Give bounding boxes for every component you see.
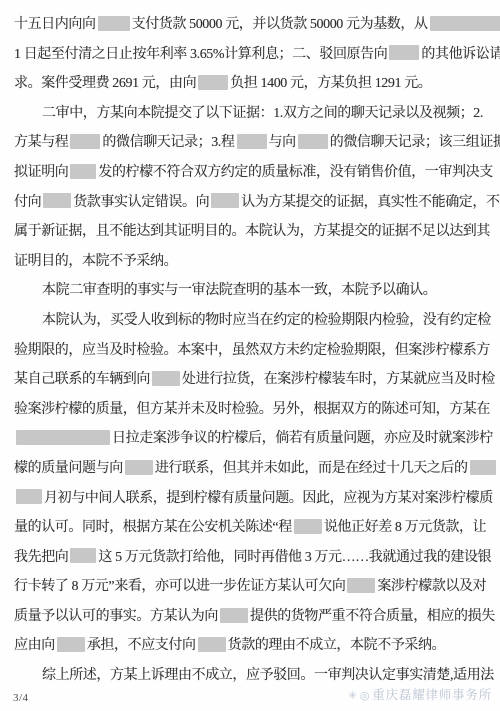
text-line: 量的认可。同时，根据方某在公安机关陈述“程说他正好差 8 万元货款，让 [14,513,487,543]
redaction-box [70,164,96,179]
redaction-box [70,134,100,149]
watermark-badge-icon: ✳ [348,689,358,702]
text-run: 案涉柠檬款以及对 [377,579,486,594]
text-line: 十五日内向向支付货款 50000 元，并以货款 50000 元为基数，从 [14,10,487,40]
redaction-box [389,45,419,60]
text-run: 行卡转了 8 万元”来看，亦可以进一步佐证方某认可欠向 [14,579,345,594]
redaction-box [430,16,500,31]
text-run: 支付货款 50000 元，并以货款 50000 元为基数，从 [132,17,428,32]
text-run: 拟证明向 [14,165,68,180]
text-run: 1 日起至付清之日止按年利率 3.65%计算利息；二、驳回原告向 [14,47,387,62]
text-run: 求。案件受理费 2691 元，由向 [14,76,196,91]
text-run: 十五日内向向 [14,17,96,32]
redaction-box [152,371,180,386]
text-run: 属于新证据，且不能达到其证明目的。本院认为，方某提交的证据不足以达到其 [14,224,490,239]
text-line: 质量予以认可的事实。方某认为向提供的货物严重不符合质量，相应的损失 [14,602,487,632]
text-run: 说他正好差 8 万元货款，让 [324,520,486,535]
redaction-box [43,193,71,208]
text-run: 验期限的，应当及时检验。本案中，虽然双方未约定检验期限，但案涉柠檬系方 [14,343,490,358]
text-line: 二审中，方某向本院提交了以下证据：1.双方之间的聊天记录以及视频；2. [14,99,487,129]
text-run: 本院认为，买受人收到标的物时应当在约定的检验期限内检验，没有约定检 [42,313,491,328]
text-run: 我先把向 [14,550,68,565]
text-run: 处进行拉货，在案涉柠檬装车时，方某就应当及时检 [182,372,495,387]
text-run: 提供的货物严重不符合质量，相应的损失 [250,609,495,624]
law-firm-watermark: ✳◎重庆磊耀律师事务所 [348,685,492,703]
redaction-box [294,519,322,534]
text-run: 综上所述，方某上诉理由不成立，应予驳回。一审判决认定事实清楚,适用法 [42,668,494,683]
text-line: 方某与程的微信聊天记录；3.程与向的微信聊天记录；该三组证据 [14,128,487,158]
text-line: 付向货款事实认定错误。向认为方某提交的证据，真实性不能确定，不 [14,188,487,218]
text-run: 承担，不应支付向 [87,638,196,653]
text-line: 应由向承担，不应支付向货款的理由不成立，本院不予采纳。 [14,631,487,661]
redaction-box [347,578,375,593]
text-line: 本院二审查明的事实与一审法院查明的基本一致，本院予以确认。 [14,276,487,306]
redaction-box [198,75,228,90]
text-run: 这 5 万元货款打给他，同时再借他 3 万元……我就通过我的建设银 [98,550,491,565]
text-line: 验期限的，应当及时检验。本案中，虽然双方未约定检验期限，但案涉柠檬系方 [14,336,487,366]
text-run: 的其他诉讼请 [421,47,500,62]
text-run: 货款的理由不成立，本院不予采纳。 [228,638,446,653]
text-run: 日拉走案涉争议的柠檬后，倘若有质量问题，亦应及时就案涉柠 [112,431,493,446]
watermark-text: 重庆磊耀律师事务所 [372,688,492,702]
text-run: 月初与中间人联系，提到柠檬有质量问题。因此，应视为方某对案涉柠檬质 [44,491,493,506]
text-run: 发的柠檬不符合双方约定的质量标准，没有销售价值，一审判决支 [98,165,492,180]
text-run: 应由向 [14,638,55,653]
text-line: 属于新证据，且不能达到其证明目的。本院认为，方某提交的证据不足以达到其 [14,217,487,247]
text-line: 行卡转了 8 万元”来看，亦可以进一步佐证方某认可欠向案涉柠檬款以及对 [14,572,487,602]
redaction-box [16,489,42,504]
text-line: 月初与中间人联系，提到柠檬有质量问题。因此，应视为方某对案涉柠檬质 [14,484,487,514]
redaction-box [237,134,267,149]
text-line: 拟证明向发的柠檬不符合双方约定的质量标准，没有销售价值，一审判决支 [14,158,487,188]
watermark-emblem-icon: ◎ [360,689,370,702]
redaction-box [211,193,239,208]
document-content: 十五日内向向支付货款 50000 元，并以货款 50000 元为基数，从1 日起… [14,10,487,691]
text-run: 验案涉柠檬的质量，但方某并未及时检验。另外，根据双方的陈述可知，方某在 [14,402,490,417]
text-run: 的微信聊天记录；3.程 [102,135,234,150]
text-run: 本院二审查明的事实与一审法院查明的基本一致，本院予以确认。 [42,283,436,298]
text-run: 量的认可。同时，根据方某在公安机关陈述“程 [14,520,292,535]
text-run: 二审中，方某向本院提交了以下证据：1.双方之间的聊天记录以及视频；2. [42,106,483,121]
text-run: 货款事实认定错误。向 [73,195,209,210]
redaction-box [220,608,248,623]
judgment-document-page: 十五日内向向支付货款 50000 元，并以货款 50000 元为基数，从1 日起… [0,0,500,711]
redaction-box [298,134,328,149]
text-line: 本院认为，买受人收到标的物时应当在约定的检验期限内检验，没有约定检 [14,306,487,336]
text-run: 某自己联系的车辆到向 [14,372,150,387]
text-run: 付向 [14,195,41,210]
text-line: 求。案件受理费 2691 元，由向负担 1400 元，方某负担 1291 元。 [14,69,487,99]
redaction-box [125,460,153,475]
text-run: 进行联系，但其并未如此，而是在经过十几天之后的 [155,461,468,476]
redaction-box [98,16,130,31]
redaction-box [198,637,226,652]
text-run: 负担 1400 元，方某负担 1291 元。 [230,76,431,91]
text-run: 方某与程 [14,135,68,150]
text-line: 1 日起至付清之日止按年利率 3.65%计算利息；二、驳回原告向的其他诉讼请 [14,40,487,70]
text-line: 证明目的，本院不予采纳。 [14,247,487,277]
redaction-box [57,637,85,652]
text-run: 的微信聊天记录；该三组证据 [330,135,500,150]
text-line: 檬的质量问题与向进行联系，但其并未如此，而是在经过十几天之后的 [14,454,487,484]
text-run: 认为方某提交的证据，真实性不能确定，不 [241,195,499,210]
redaction-box [470,460,496,475]
text-run: 质量予以认可的事实。方某认为向 [14,609,218,624]
text-run: 证明目的，本院不予采纳。 [14,254,177,269]
text-line: 验案涉柠檬的质量，但方某并未及时检验。另外，根据双方的陈述可知，方某在 [14,395,487,425]
text-line: 某自己联系的车辆到向处进行拉货，在案涉柠檬装车时，方某就应当及时检 [14,365,487,395]
redaction-box [70,548,96,563]
text-run: 檬的质量问题与向 [14,461,123,476]
text-run: 与向 [269,135,296,150]
redaction-box [16,430,110,445]
text-line: 日拉走案涉争议的柠檬后，倘若有质量问题，亦应及时就案涉柠 [14,424,487,454]
page-number: 3/4 [13,692,29,704]
text-line: 我先把向这 5 万元货款打给他，同时再借他 3 万元……我就通过我的建设银 [14,543,487,573]
